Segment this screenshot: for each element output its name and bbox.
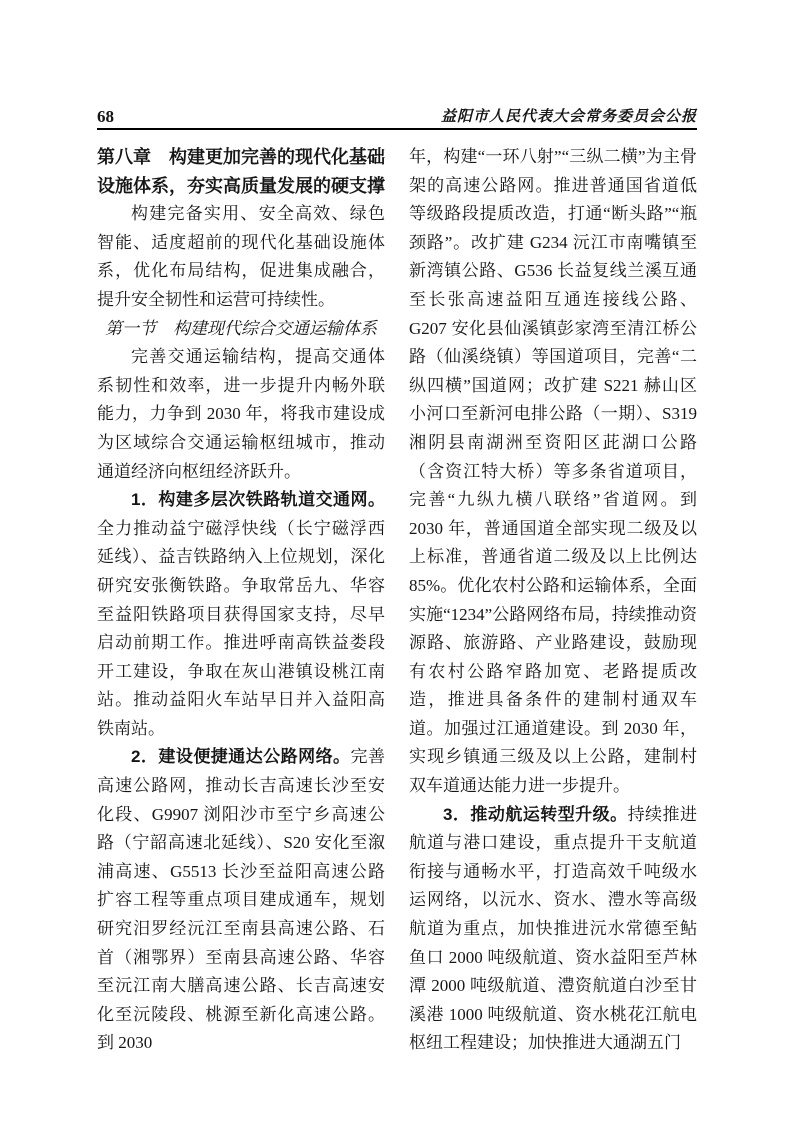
paragraph-lead: 3．推动航运转型升级。 (443, 805, 628, 824)
paragraph: 1．构建多层次铁路轨道交通网。全力推动益宁磁浮快线（长宁磁浮西延线）、益吉铁路纳… (97, 486, 385, 743)
section-heading: 第一节 构建现代综合交通运输体系 (97, 315, 385, 344)
chapter-heading: 第八章 构建更加完善的现代化基础设施体系，夯实高质量发展的硬支撑 (97, 143, 385, 200)
paragraph: 3．推动航运转型升级。持续推进航道与港口建设，重点提升干支航道衔接与通畅水平，打… (409, 801, 697, 1058)
page-header: 68 益阳市人民代表大会常务委员会公报 (97, 108, 697, 130)
paragraph-continuation: 年，构建“一环八射”“三纵二横”为主骨架的高速公路网。推进普通国省道低等级路段提… (409, 143, 697, 801)
paragraph-lead: 1．构建多层次铁路轨道交通网。 (131, 490, 385, 509)
paragraph-text: 全力推动益宁磁浮快线（长宁磁浮西延线）、益吉铁路纳入上位规划，深化研究安张衡铁路… (97, 519, 385, 738)
paragraph-text: 完善高速公路网，推动长吉高速长沙至安化段、G9907 浏阳沙市至宁乡高速公路（宁… (97, 747, 385, 1052)
paragraph: 构建完备实用、安全高效、绿色智能、适度超前的现代化基础设施体系，优化布局结构，促… (97, 200, 385, 314)
page-number: 68 (97, 108, 114, 125)
paragraph-text: 持续推进航道与港口建设，重点提升干支航道衔接与通畅水平，打造高效千吨级水运网络，… (409, 805, 697, 1053)
paragraph-lead: 2．建设便捷通达公路网络。 (131, 747, 351, 766)
document-body: 第八章 构建更加完善的现代化基础设施体系，夯实高质量发展的硬支撑 构建完备实用、… (97, 143, 697, 978)
paragraph: 完善交通运输结构，提高交通体系韧性和效率，进一步提升内畅外联能力，力争到 203… (97, 343, 385, 486)
publication-title: 益阳市人民代表大会常务委员会公报 (441, 110, 697, 125)
document-page: 68 益阳市人民代表大会常务委员会公报 第八章 构建更加完善的现代化基础设施体系… (0, 0, 794, 1122)
left-column: 第八章 构建更加完善的现代化基础设施体系，夯实高质量发展的硬支撑 构建完备实用、… (97, 143, 385, 978)
right-column: 年，构建“一环八射”“三纵二横”为主骨架的高速公路网。推进普通国省道低等级路段提… (409, 143, 697, 978)
paragraph: 2．建设便捷通达公路网络。完善高速公路网，推动长吉高速长沙至安化段、G9907 … (97, 743, 385, 1058)
